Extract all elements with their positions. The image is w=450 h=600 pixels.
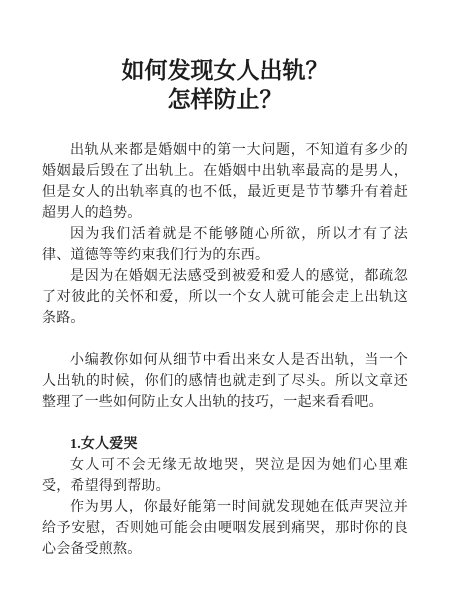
intro-paragraph-4: 小编教你如何从细节中看出来女人是否出轨，当一个人出轨的时候，你们的感情也就走到了… bbox=[42, 350, 408, 413]
section-paragraph-1: 女人可不会无缘无故地哭，哭泣是因为她们心里难受，希望得到帮助。 bbox=[42, 455, 408, 497]
section-heading: 1.女人爱哭 bbox=[42, 434, 408, 455]
intro-paragraph-2: 因为我们活着就是不能够随心所欲，所以才有了法律、道德等等约束我们行为的东西。 bbox=[42, 224, 408, 266]
article-page: 如何发现女人出轨？ 怎样防止？ 出轨从来都是婚姻中的第一大问题，不知道有多少的婚… bbox=[0, 0, 450, 600]
paragraph-gap bbox=[42, 413, 408, 434]
intro-paragraph-1: 出轨从来都是婚姻中的第一大问题，不知道有多少的婚姻最后毁在了出轨上。在婚姻中出轨… bbox=[42, 140, 408, 224]
intro-paragraph-3: 是因为在婚姻无法感受到被爱和爱人的感觉，都疏忽了对彼此的关怀和爱，所以一个女人就… bbox=[42, 266, 408, 329]
title-line-2: 怎样防止？ bbox=[0, 85, 450, 114]
article-body: 出轨从来都是婚姻中的第一大问题，不知道有多少的婚姻最后毁在了出轨上。在婚姻中出轨… bbox=[42, 140, 408, 560]
title-line-1: 如何发现女人出轨？ bbox=[0, 56, 450, 85]
paragraph-gap bbox=[42, 329, 408, 350]
article-title: 如何发现女人出轨？ 怎样防止？ bbox=[0, 56, 450, 114]
section-paragraph-2: 作为男人，你最好能第一时间就发现她在低声哭泣并给予安慰，否则她可能会由哽咽发展到… bbox=[42, 497, 408, 560]
